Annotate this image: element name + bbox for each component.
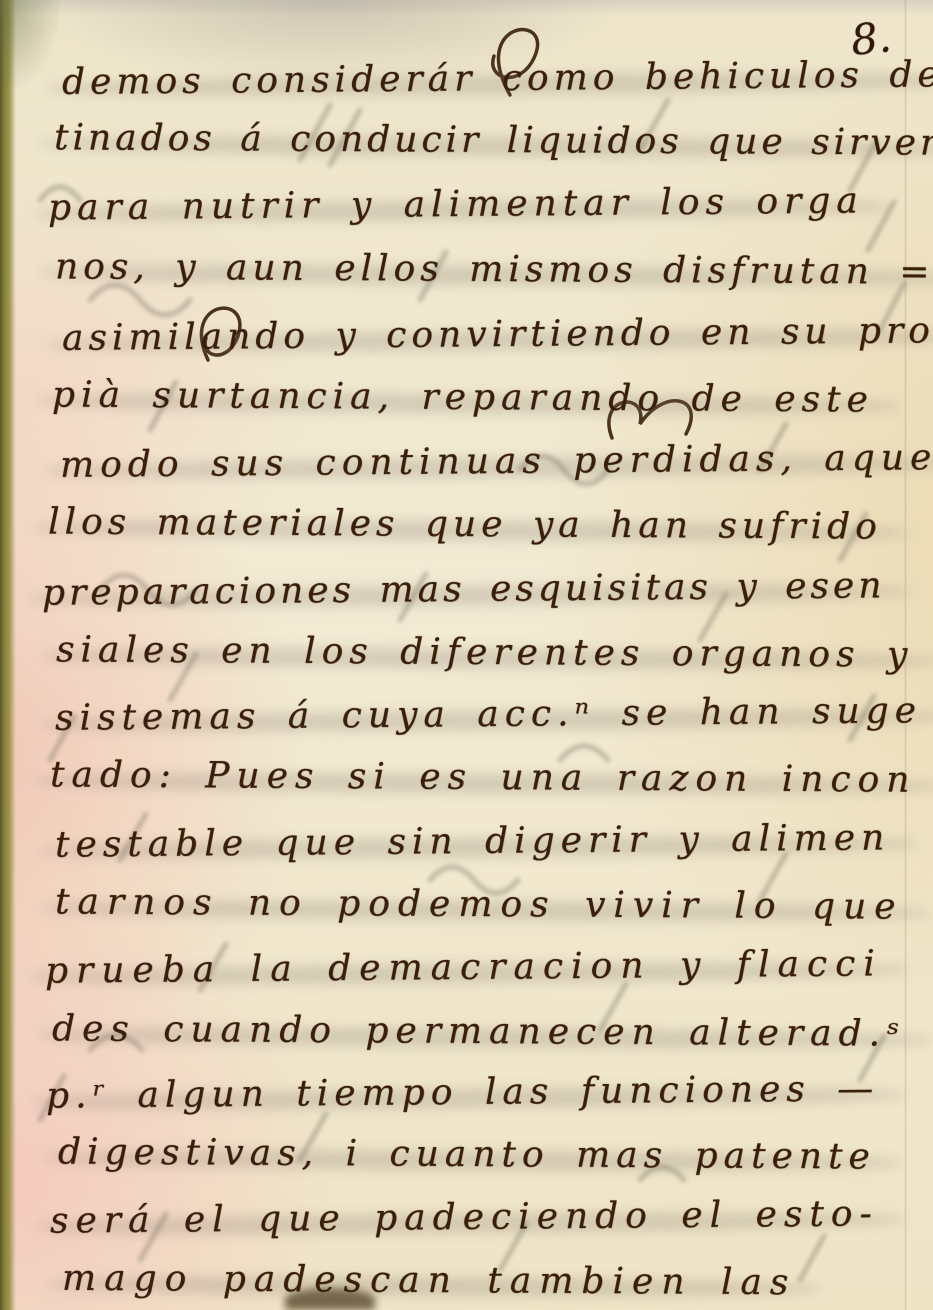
binding-edge [0, 0, 16, 1310]
manuscript-line: tarnos no podemos vivir lo que [55, 881, 904, 927]
manuscript-line: preparaciones mas esquisitas y esen [42, 565, 886, 613]
manuscript-line: mago padescan tambien las [62, 1258, 797, 1303]
manuscript-line: digestivas, i cuanto mas patente [58, 1132, 876, 1178]
manuscript-line: prueba la demacracion y flacci [45, 943, 883, 991]
manuscript-line: des cuando permanecen alterad.ˢ [52, 1008, 906, 1054]
manuscript-page: 8. demos considerár como behiculos de- t… [0, 0, 933, 1310]
manuscript-line: será el que padeciendo el esto- [50, 1193, 879, 1241]
manuscript-line: nos, y aun ellos mismos disfrutan = [55, 246, 933, 292]
manuscript-line: siales en los diferentes organos y [56, 629, 914, 675]
manuscript-line: tinados á conducir liquidos que sirven [54, 117, 933, 163]
manuscript-line: llos materiales que ya han sufrido [48, 501, 882, 547]
manuscript-line: tado: Pues si es una razon incon [50, 754, 917, 800]
corner-shadow [0, 0, 60, 90]
manuscript-line: demos considerár como behiculos de- [62, 54, 933, 103]
manuscript-line: testable que sin digerir y alimen [55, 817, 891, 865]
manuscript-line: para nutrir y alimentar los orga [48, 180, 864, 228]
manuscript-line: sistemas á cuya acc.ⁿ se han suge [55, 690, 922, 739]
manuscript-line: modo sus continuas perdidas, aque [60, 437, 933, 486]
manuscript-line: pià surtancia, reparando de este [52, 374, 874, 420]
manuscript-line: asimilando y convirtiendo en su pro- [62, 310, 933, 359]
manuscript-line: p.ʳ algun tiempo las funciones — [46, 1068, 880, 1116]
